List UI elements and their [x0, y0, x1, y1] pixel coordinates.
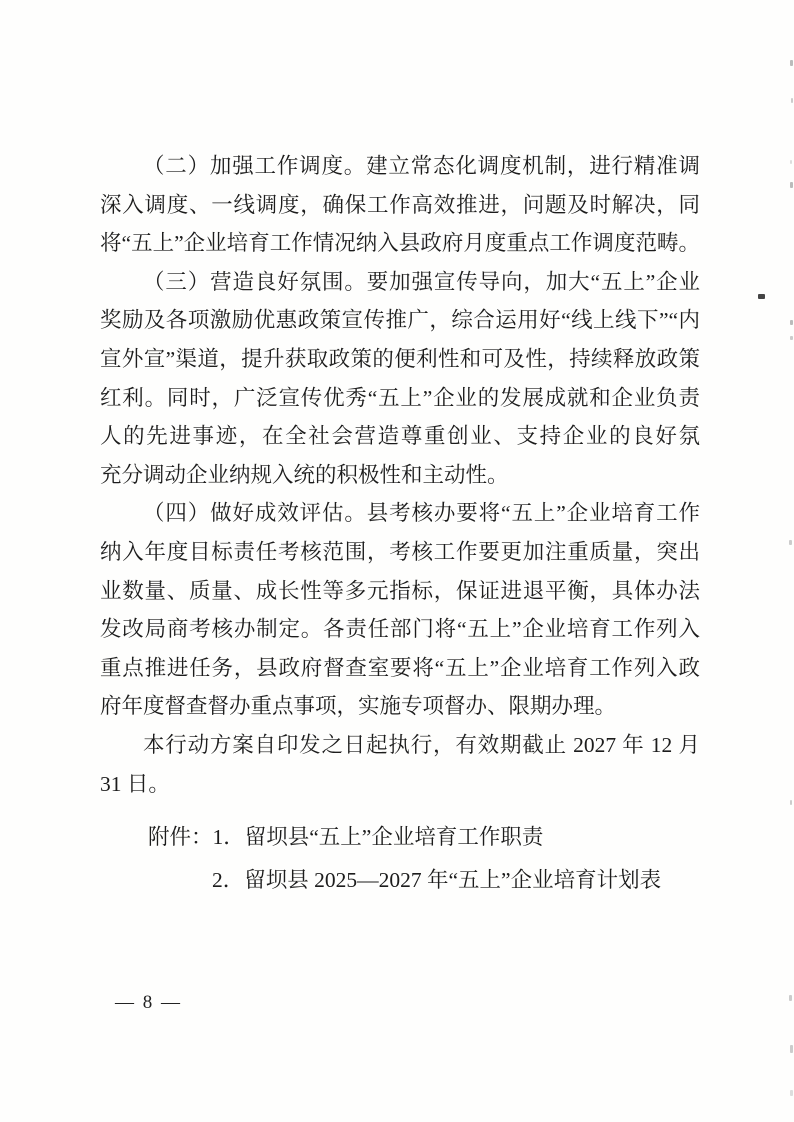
document-page: （二）加强工作调度。建立常态化调度机制，进行精准调度、 深入调度、一线调度，确保…	[0, 0, 794, 1122]
page-number: — 8 —	[115, 992, 182, 1014]
scan-artifact	[790, 1090, 793, 1096]
scan-artifact	[790, 160, 792, 164]
text-line: 宣外宣”渠道，提升获取政策的便利性和可及性，持续释放政策	[100, 340, 700, 379]
scan-artifact	[790, 182, 793, 188]
scan-artifact	[790, 60, 793, 66]
paragraph-closing: 本行动方案自印发之日起执行，有效期截止 2027 年 12 月 31 日。	[100, 726, 700, 803]
attachment-line: 附件：1．留坝县“五上”企业培育工作职责	[100, 816, 740, 859]
text-line: （三）营造良好氛围。要加强宣传导向，加大“五上”企业	[100, 263, 700, 302]
text-line: 重点推进任务，县政府督查室要将“五上”企业培育工作列入政	[100, 649, 700, 688]
attachment-item-1: 1．留坝县“五上”企业培育工作职责	[213, 825, 544, 849]
text-line: 深入调度、一线调度，确保工作高效推进，问题及时解决，同时	[100, 186, 700, 225]
scan-artifact	[791, 98, 793, 103]
scan-artifact	[758, 294, 765, 299]
scan-artifact	[790, 800, 792, 805]
text-line: 红利。同时，广泛宣传优秀“五上”企业的发展成就和企业负责	[100, 379, 700, 418]
text-line: 奖励及各项激励优惠政策宣传推广，综合运用好“线上线下”“内	[100, 301, 700, 340]
text-line: （四）做好成效评估。县考核办要将“五上”企业培育工作	[100, 494, 700, 533]
text-line: 发改局商考核办制定。各责任部门将“五上”企业培育工作列入	[100, 610, 700, 649]
scan-artifact	[790, 336, 793, 340]
text-line: 人的先进事迹，在全社会营造尊重创业、支持企业的良好氛围，	[100, 417, 700, 456]
attachments-block: 附件：1．留坝县“五上”企业培育工作职责 2．留坝县 2025—2027 年“五…	[100, 816, 740, 902]
text-line: 纳入年度目标责任考核范围，考核工作要更加注重质量，突出企	[100, 533, 700, 572]
scan-artifact	[789, 540, 792, 545]
document-body: （二）加强工作调度。建立常态化调度机制，进行精准调度、 深入调度、一线调度，确保…	[100, 147, 700, 803]
scan-artifact	[790, 1045, 793, 1053]
attachment-item-2: 2．留坝县 2025—2027 年“五上”企业培育计划表	[100, 859, 740, 902]
text-line: （二）加强工作调度。建立常态化调度机制，进行精准调度、	[100, 147, 700, 186]
text-line: 充分调动企业纳规入统的积极性和主动性。	[100, 456, 700, 495]
text-line: 将“五上”企业培育工作情况纳入县政府月度重点工作调度范畴。	[100, 224, 700, 263]
text-line: 31 日。	[100, 765, 700, 804]
text-line: 业数量、质量、成长性等多元指标，保证进退平衡，具体办法由	[100, 572, 700, 611]
text-line: 府年度督查督办重点事项，实施专项督办、限期办理。	[100, 687, 700, 726]
paragraph-2: （二）加强工作调度。建立常态化调度机制，进行精准调度、 深入调度、一线调度，确保…	[100, 147, 700, 263]
scan-artifact	[790, 320, 793, 325]
paragraph-3: （三）营造良好氛围。要加强宣传导向，加大“五上”企业 奖励及各项激励优惠政策宣传…	[100, 263, 700, 495]
attachments-label: 附件：	[148, 825, 213, 849]
text-line: 本行动方案自印发之日起执行，有效期截止 2027 年 12 月	[100, 726, 700, 765]
paragraph-4: （四）做好成效评估。县考核办要将“五上”企业培育工作 纳入年度目标责任考核范围，…	[100, 494, 700, 726]
scan-artifact	[789, 995, 792, 1001]
